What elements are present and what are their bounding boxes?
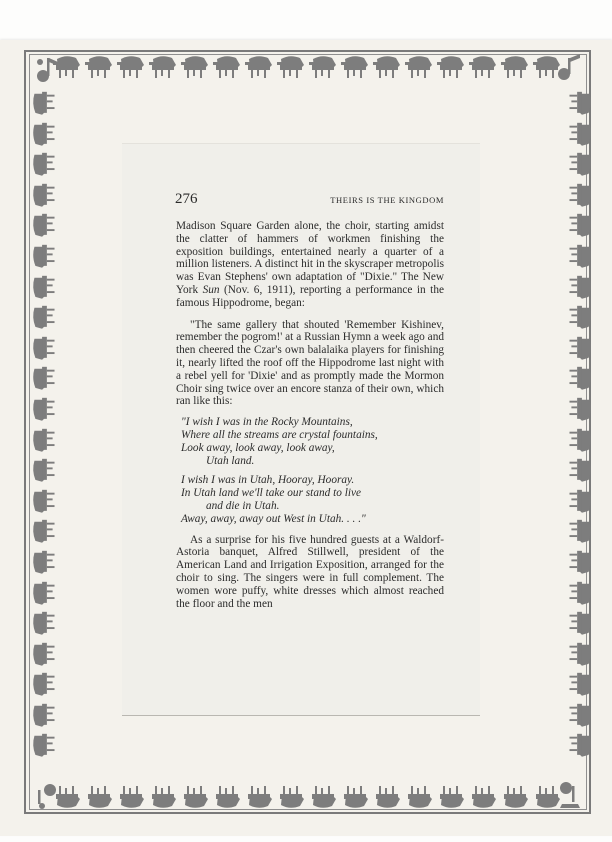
piano-icon (372, 53, 404, 81)
piano-icon (30, 455, 58, 486)
running-head: 276 THEIRS IS THE KINGDOM (175, 191, 444, 211)
piano-icon (566, 425, 594, 456)
body-text: Madison Square Garden alone, the choir, … (176, 220, 444, 610)
piano-icon (30, 730, 58, 761)
piano-icon (52, 53, 84, 81)
piano-icon (566, 272, 594, 303)
verse-line: and die in Utah. (181, 500, 444, 513)
piano-icon (566, 302, 594, 333)
piano-icon (566, 149, 594, 180)
piano-icon (566, 486, 594, 517)
piano-icon (566, 547, 594, 578)
verse-line: "I wish I was in the Rocky Mountains, (181, 416, 444, 429)
verse-line: In Utah land we'll take our stand to liv… (181, 487, 444, 500)
piano-icon (436, 53, 468, 81)
piano-icon (180, 53, 212, 81)
piano-icon (566, 578, 594, 609)
piano-icon (276, 53, 308, 81)
piano-icon (30, 363, 58, 394)
piano-icon (212, 53, 244, 81)
piano-icon (30, 210, 58, 241)
piano-icon (244, 783, 276, 811)
piano-icon (30, 302, 58, 333)
paragraph-quote: "The same gallery that shouted 'Remember… (176, 319, 444, 409)
piano-icon (30, 149, 58, 180)
piano-icon (30, 333, 58, 364)
piano-icon (308, 53, 340, 81)
piano-icon (30, 88, 58, 119)
piano-icon (180, 783, 212, 811)
verse-line: I wish I was in Utah, Hooray, Hooray. (181, 474, 444, 487)
border-left-motifs (30, 88, 60, 761)
piano-icon (566, 730, 594, 761)
paragraph-3: As a surprise for his five hundred guest… (176, 534, 444, 611)
verse-line: Utah land. (181, 455, 444, 468)
piano-icon (500, 783, 532, 811)
piano-icon (500, 53, 532, 81)
piano-icon (212, 783, 244, 811)
piano-icon (566, 363, 594, 394)
piano-icon (30, 669, 58, 700)
newspaper-name: Sun (203, 284, 220, 296)
piano-icon (566, 639, 594, 670)
verse-stanza-2: I wish I was in Utah, Hooray, Hooray. In… (181, 474, 444, 525)
piano-icon (84, 783, 116, 811)
piano-icon (340, 783, 372, 811)
piano-icon (532, 783, 564, 811)
piano-icon (468, 783, 500, 811)
piano-icon (30, 180, 58, 211)
piano-icon (30, 578, 58, 609)
piano-icon (84, 53, 116, 81)
piano-icon (30, 516, 58, 547)
piano-icon (566, 119, 594, 150)
piano-icon (566, 210, 594, 241)
verse-line: Look away, look away, look away, (181, 442, 444, 455)
piano-icon (30, 486, 58, 517)
book-title: THEIRS IS THE KINGDOM (330, 195, 444, 205)
piano-icon (30, 241, 58, 272)
piano-icon (340, 53, 372, 81)
piano-icon (116, 783, 148, 811)
piano-icon (30, 608, 58, 639)
paragraph-1: Madison Square Garden alone, the choir, … (176, 220, 444, 310)
piano-icon (566, 180, 594, 211)
piano-icon (566, 455, 594, 486)
border-right-motifs (566, 88, 596, 761)
piano-icon (372, 783, 404, 811)
piano-icon (30, 700, 58, 731)
piano-icon (276, 783, 308, 811)
page-number: 276 (175, 191, 198, 208)
piano-icon (244, 53, 276, 81)
piano-icon (566, 394, 594, 425)
piano-icon (436, 783, 468, 811)
verse: "I wish I was in the Rocky Mountains, Wh… (176, 416, 444, 525)
piano-icon (116, 53, 148, 81)
piano-icon (30, 119, 58, 150)
piano-icon (308, 783, 340, 811)
piano-icon (566, 516, 594, 547)
verse-line: Away, away, away out West in Utah. . . .… (181, 513, 444, 526)
piano-icon (566, 88, 594, 119)
piano-icon (468, 53, 500, 81)
piano-icon (566, 608, 594, 639)
piano-icon (30, 425, 58, 456)
piano-icon (30, 639, 58, 670)
border-top-motifs (52, 53, 564, 83)
piano-icon (566, 669, 594, 700)
piano-icon (566, 241, 594, 272)
border-bottom-motifs (52, 783, 564, 813)
piano-icon (30, 272, 58, 303)
piano-icon (148, 783, 180, 811)
piano-icon (30, 394, 58, 425)
piano-icon (148, 53, 180, 81)
piano-icon (566, 333, 594, 364)
piano-icon (532, 53, 564, 81)
piano-icon (52, 783, 84, 811)
piano-icon (404, 53, 436, 81)
piano-icon (30, 547, 58, 578)
piano-icon (404, 783, 436, 811)
piano-icon (566, 700, 594, 731)
verse-line: Where all the streams are crystal founta… (181, 429, 444, 442)
